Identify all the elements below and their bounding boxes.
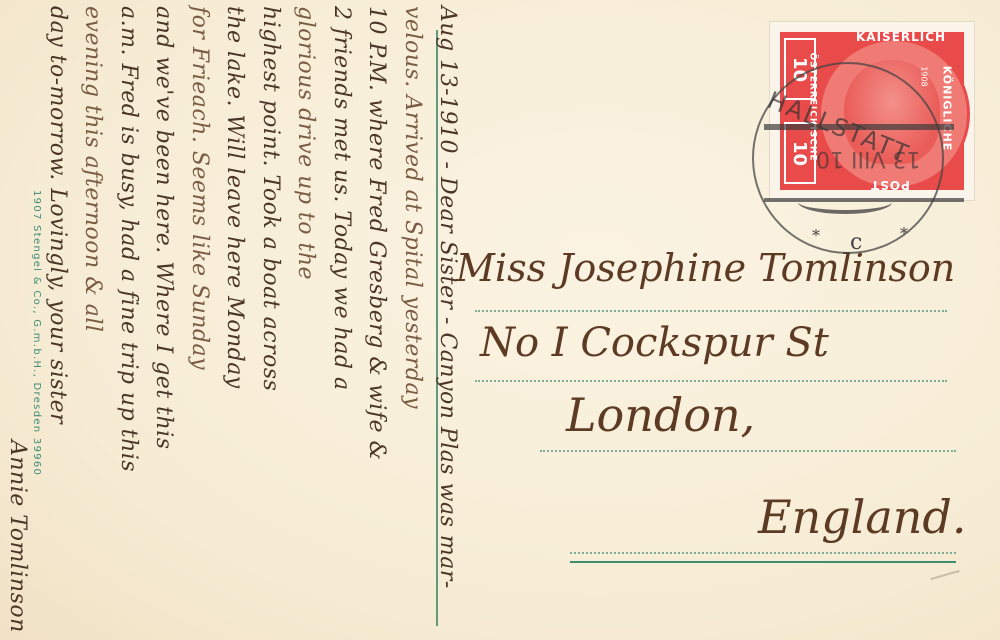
address-line-2: No I Cockspur St bbox=[480, 320, 829, 366]
postmark-cancel-bar bbox=[764, 124, 954, 130]
message-line: Aug 13-1910 - Dear Sister - Canyon Plas … bbox=[435, 6, 460, 589]
postmark-inner-arc bbox=[798, 190, 892, 214]
message-line: velous. Arrived at Spital yesterday bbox=[400, 6, 425, 409]
address-line-1: Miss Josephine Tomlinson bbox=[456, 246, 955, 290]
message-line: glorious drive up to the bbox=[293, 6, 318, 280]
postmark-star-icon: * bbox=[900, 224, 908, 243]
message-line: the lake. Will leave here Monday bbox=[222, 6, 247, 389]
pencil-mark bbox=[930, 570, 959, 580]
postmark-date: 13 VIII 10 bbox=[816, 146, 921, 171]
address-rule-2 bbox=[475, 380, 947, 382]
postmark-star-icon: * bbox=[812, 226, 820, 245]
stamp-year: 1908 bbox=[919, 66, 928, 86]
postcard: 1907 Stengel & Co., G.m.b.H., Dresden 39… bbox=[0, 0, 1000, 640]
message-line: evening this afternoon & all bbox=[80, 6, 105, 332]
postmark: HALLSTATT 13 VIII 10 * * c bbox=[752, 62, 944, 254]
postmark-letter: c bbox=[850, 230, 862, 255]
message-line: and we've been here. Where I get this bbox=[151, 6, 176, 449]
address-rule-3 bbox=[540, 450, 956, 452]
address-rule-final bbox=[570, 561, 956, 563]
address-rule-1 bbox=[475, 310, 947, 312]
postmark-cancel-bar bbox=[764, 198, 964, 202]
message-line: for Frieach. Seems like Sunday bbox=[187, 6, 212, 370]
message-line: 2 friends met us. Today we had a bbox=[329, 6, 354, 391]
message-signature: Annie Tomlinson bbox=[5, 440, 30, 633]
address-rule-4 bbox=[570, 552, 956, 554]
address-line-4: England. bbox=[758, 490, 966, 544]
message-line: highest point. Took a boat across bbox=[258, 6, 283, 391]
stamp-text-top: KAISERLICH bbox=[856, 30, 946, 44]
printer-imprint: 1907 Stengel & Co., G.m.b.H., Dresden 39… bbox=[31, 190, 42, 476]
message-line: day to-morrow. Lovingly, your sister bbox=[45, 6, 70, 424]
message-line: a.m. Fred is busy, had a fine trip up th… bbox=[116, 6, 141, 472]
stamp-text-right: KÖNIGLICHE bbox=[940, 66, 953, 152]
address-line-3: London, bbox=[566, 388, 755, 442]
message-line: 10 P.M. where Fred Gresberg & wife & bbox=[364, 6, 389, 461]
